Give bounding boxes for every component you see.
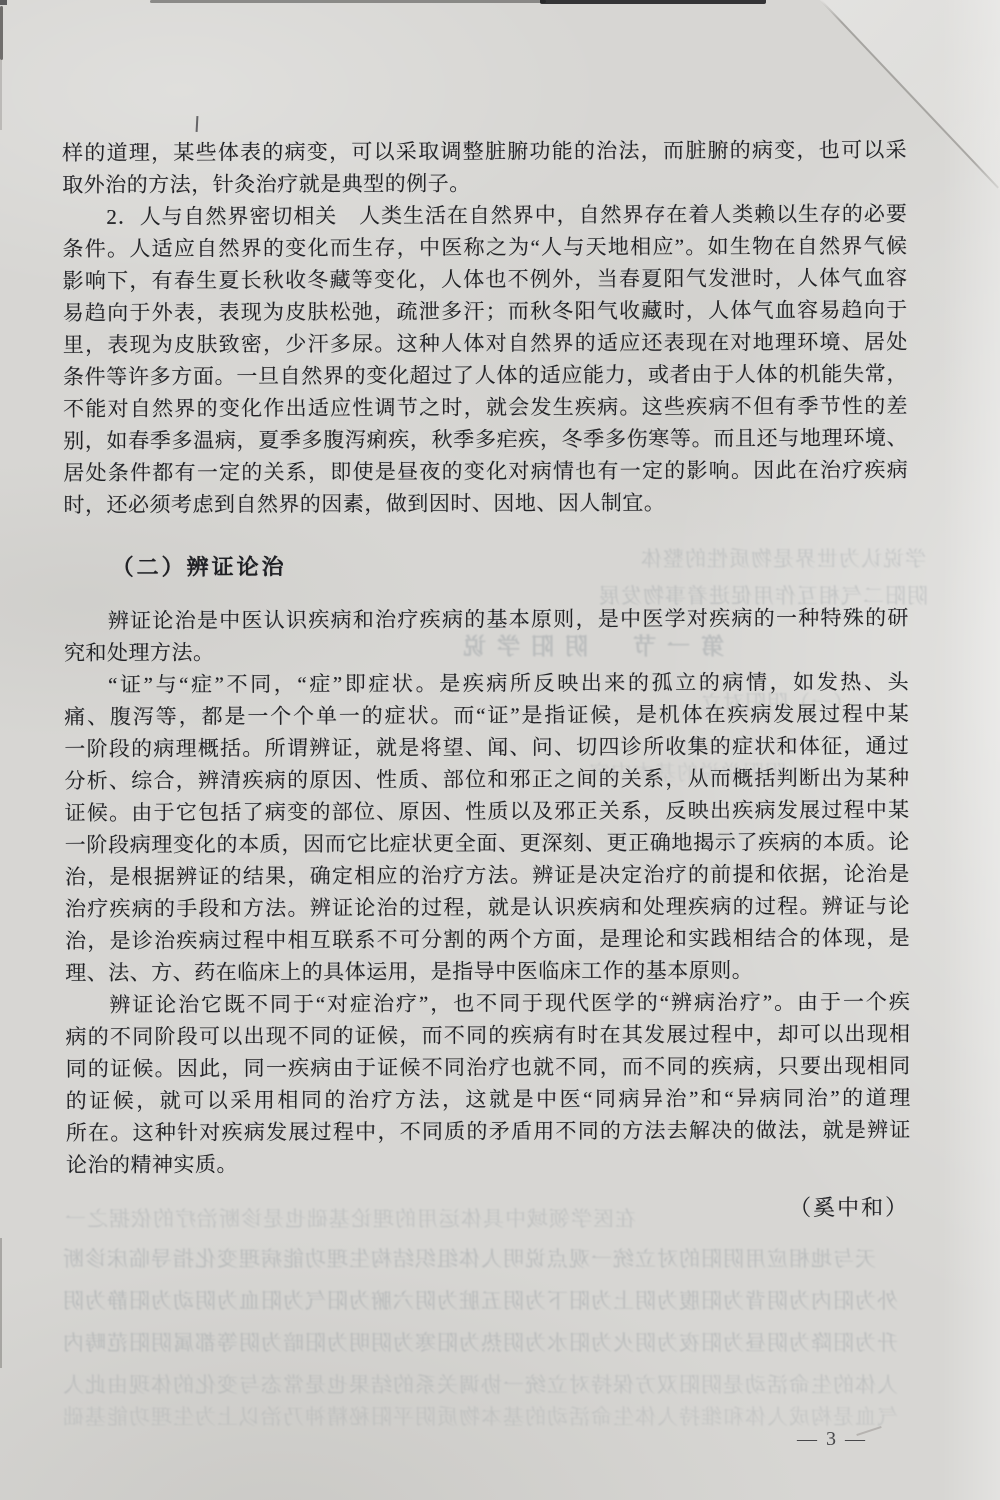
text-line: 治，是诊治疾病过程中相互联系不可分割的两个方面，是理论和实践相结合的体现，是 (65, 922, 910, 957)
text-line: 证候。由于它包括了病变的部位、原因、性质以及邪正关系，反映出疾病发展过程中某 (65, 794, 910, 829)
text-line: 一阶段病理变化的本质，因而它比症状更全面、更深刻、更正确地揭示了疾病的本质。论 (65, 826, 910, 861)
text-line: 别，如春季多温病，夏季多腹泻痢疾，秋季多疟疾，冬季多伤寒等。而且还与地理环境、 (63, 422, 908, 457)
text-line: 辨证论治是中医认识疾病和治疗疾病的基本原则，是中医学对疾病的一种特殊的研 (64, 602, 909, 637)
text-line: 所在。这种针对疾病发展过程中，不同质的矛盾用不同的方法去解决的做法，就是辨证 (66, 1114, 911, 1149)
paragraph: 2．人与自然界密切相关 人类生活在自然界中，自然界存在着人类赖以生存的必要 条件… (62, 198, 908, 521)
top-edge-shadow (540, 0, 766, 4)
text-line: 2．人与自然界密切相关 人类生活在自然界中，自然界存在着人类赖以生存的必要 (62, 198, 907, 233)
text-line: 一阶段的病理概括。所谓辨证，就是将望、闻、问、切四诊所收集的症状和体征，通过 (64, 730, 909, 765)
right-edge-light-band (942, 0, 1000, 1500)
left-edge-streak (0, 6, 3, 60)
text-line: “证”与“症”不同，“症”即症状。是疾病所反映出来的孤立的病情，如发热、头 (64, 666, 909, 701)
top-edge-shadow (150, 0, 546, 3)
text-line: 不能对自然界的变化作出适应性调节之时，就会发生疾病。这些疾病不但有季节性的差 (63, 390, 908, 425)
bleed-through-line: 天与地相应用阴阳的对立统一观点说明人体组织结构生理功能病理变化指导临床诊断 (62, 1246, 876, 1272)
text-line: 病的不同阶段可以出现不同的证候，而不同的疾病有时在其发展过程中，却可以出现相 (65, 1018, 910, 1053)
paragraph: 样的道理，某些体表的病变，可以采取调整脏腑功能的治法，而脏腑的病变，也可以采 取… (62, 134, 907, 201)
scanned-page: 学说认为世界是物质性的整体 阴阳二气相互作用促进着事物发展 第一节 阴阳学说 （… (0, 0, 1000, 1500)
bleed-through-line: 人体的生命活动是阴阳双方保持对立统一协调关系的结果也是常态与变化的体现由此人 (62, 1372, 898, 1398)
text-line: 的证候，就可以采用相同的治疗方法，这就是中医“同病异治”和“异病同治”的道理 (66, 1082, 911, 1117)
bleed-through-line: 升为阳降为阴昼为阳夜为阴火为阳水为阴热为阳寒为阴明为阳暗为阴等都属阴阳范畴内 (62, 1330, 898, 1356)
paragraph: “证”与“症”不同，“症”即症状。是疾病所反映出来的孤立的病情，如发热、头 痛、… (64, 666, 910, 989)
text-line: 样的道理，某些体表的病变，可以采取调整脏腑功能的治法，而脏腑的病变，也可以采 (62, 134, 907, 169)
left-edge-streak (0, 60, 2, 130)
text-line: 里，表现为皮肤致密，少汗多尿。这种人体对自然界的适应还表现在对地理环境、居处 (63, 326, 908, 361)
paragraph: 辨证论治是中医认识疾病和治疗疾病的基本原则，是中医学对疾病的一种特殊的研 究和处… (64, 602, 909, 669)
text-line: 究和处理方法。 (64, 634, 909, 669)
text-line: 易趋向于外表，表现为皮肤松弛，疏泄多汗；而秋冬阳气收藏时，人体气血容易趋向于 (63, 294, 908, 329)
corner-mark (0, 0, 7, 5)
bleed-through-line: 外为阳内为阴背为阳腹为阴上为阳下为阴五脏为阴六腑为阳气为阳血为阴动为阳静为阴 (62, 1288, 898, 1314)
text-line: 居处条件都有一定的关系，即使是昼夜的变化对病情也有一定的影响。因此在治疗疾病 (63, 454, 908, 489)
text-line: 辨证论治它既不同于“对症治疗”，也不同于现代医学的“辨病治疗”。由于一个疾 (65, 986, 910, 1021)
paragraph: 辨证论治它既不同于“对症治疗”，也不同于现代医学的“辨病治疗”。由于一个疾 病的… (65, 986, 911, 1181)
author-attribution: （奚中和） (66, 1194, 911, 1225)
left-edge-streak (0, 1238, 2, 1368)
text-line: 条件等许多方面。一旦自然界的变化超过了人体的适应能力，或者由于人体的机能失常， (63, 358, 908, 393)
text-line: 同的证候。因此，同一疾病由于证候不同治疗也就不同，而不同的疾病，只要出现相同 (66, 1050, 911, 1085)
ink-speck (196, 116, 199, 132)
text-line: 条件。人适应自然界的变化而生存，中医称之为“人与天地相应”。如生物在自然界气候 (62, 230, 907, 265)
text-line: 分析、综合，辨清疾病的原因、性质、部位和邪正之间的关系，从而概括判断出为某种 (64, 762, 909, 797)
text-line: 论治的精神实质。 (66, 1146, 911, 1181)
text-line: 治，是根据辨证的结果，确定相应的治疗方法。辨证是决定治疗的前提和依据，论治是 (65, 858, 910, 893)
document-body: 样的道理，某些体表的病变，可以采取调整脏腑功能的治法，而脏腑的病变，也可以采 取… (62, 134, 911, 1225)
text-line: 治疗疾病的手段和方法。辨证论治的过程，就是认识疾病和处理疾病的过程。辨证与论 (65, 890, 910, 925)
text-line: 影响下，有春生夏长秋收冬藏等变化，人体也不例外，当春夏阳气发泄时，人体气血容 (62, 262, 907, 297)
text-line: 痛、腹泻等，都是一个个单一的症状。而“证”是指证候，是机体在疾病发展过程中某 (64, 698, 909, 733)
text-line: 取外治的方法，针灸治疗就是典型的例子。 (62, 166, 907, 201)
bleed-through-line: 气血是构成人体和维持人体生命活动的基本物质阴平阳秘精神乃治以上为生理功能基础 (62, 1404, 898, 1430)
section-heading: （二）辨证论治 (64, 548, 909, 585)
text-line: 理、法、方、药在临床上的具体运用，是指导中医临床工作的基本原则。 (65, 954, 910, 989)
text-line: 时，还必须考虑到自然界的因素，做到因时、因地、因人制宜。 (63, 486, 908, 521)
